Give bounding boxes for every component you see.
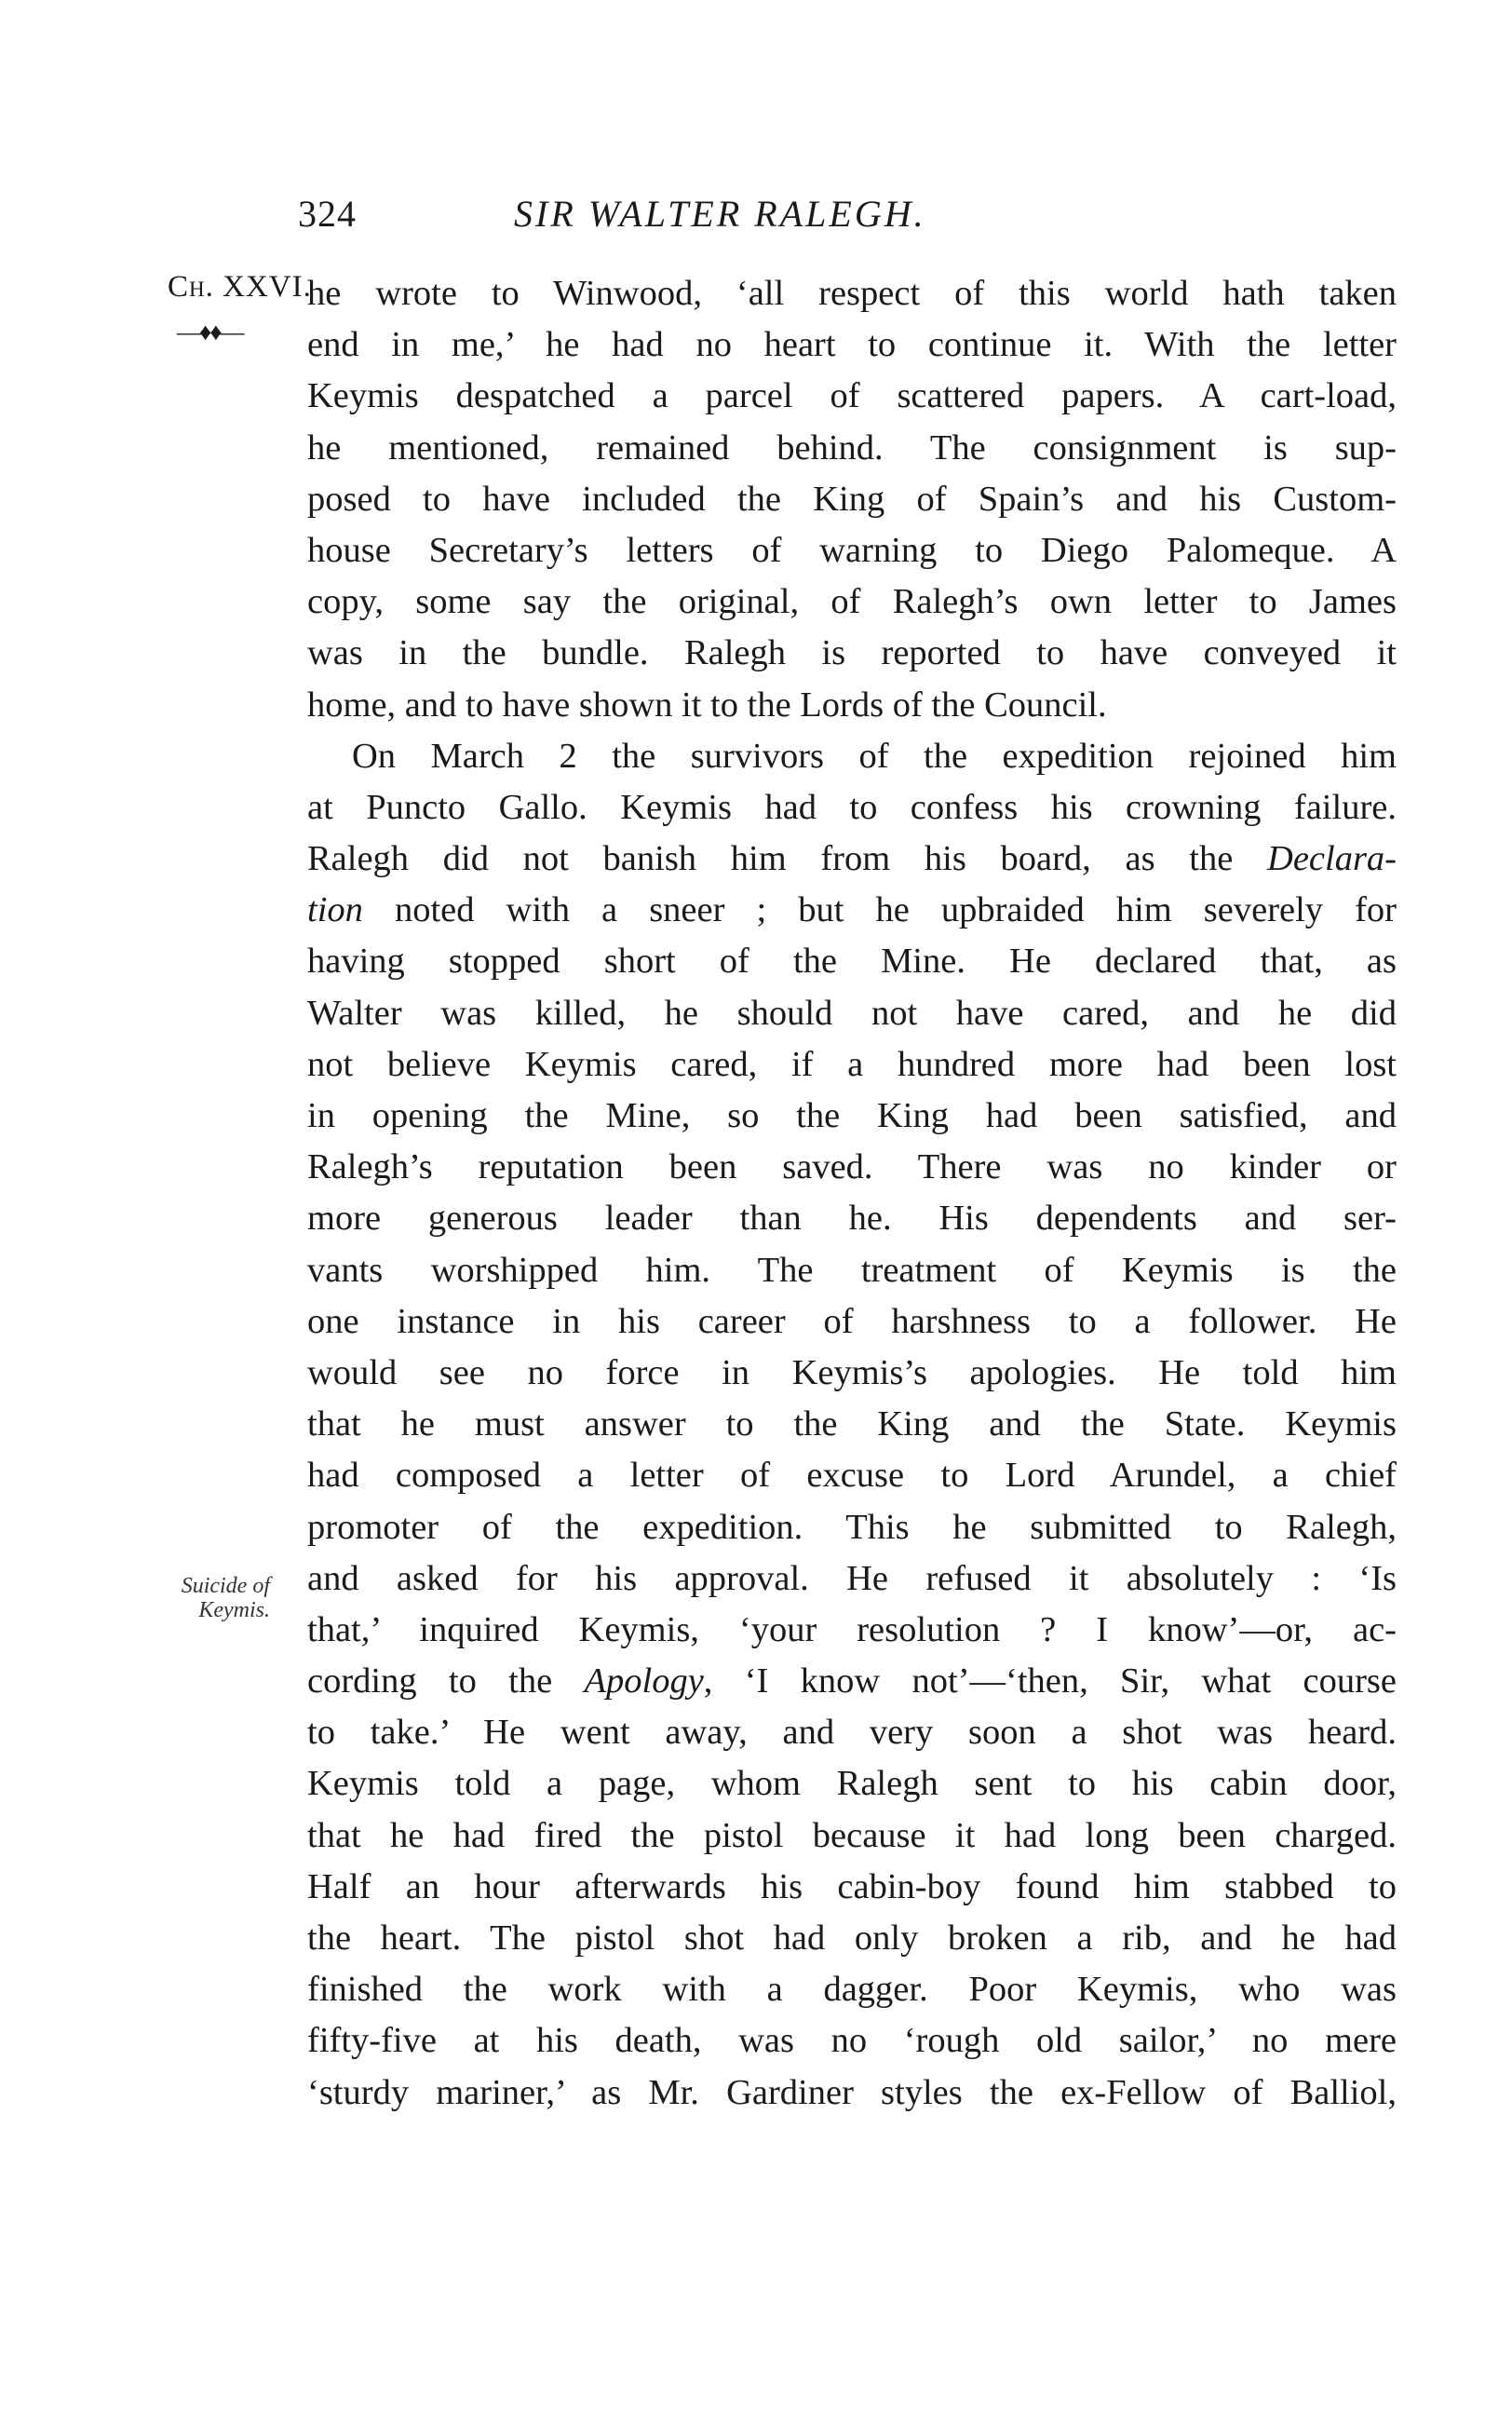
text-line: posed to have included the King of Spain…: [307, 474, 1397, 525]
text-line: promoter of the expedition. This he subm…: [307, 1502, 1397, 1553]
text-line: one instance in his career of harshness …: [307, 1296, 1397, 1348]
ornament-icon: —♦♦—: [177, 319, 243, 346]
text-line: he wrote to Winwood, ‘all respect of thi…: [307, 268, 1397, 319]
text-segment: , ‘I know not’—‘then, Sir, what course: [704, 1661, 1397, 1701]
text-line: to take.’ He went away, and very soon a …: [307, 1707, 1397, 1758]
text-line: Ralegh’s reputation been saved. There wa…: [307, 1142, 1397, 1193]
italic-title-declaration: tion: [307, 890, 363, 929]
italic-title-apology: Apology: [584, 1661, 703, 1701]
side-note-line: Keymis.: [121, 1598, 270, 1622]
italic-title-declaration: Declara-: [1267, 839, 1397, 878]
text-line: he mentioned, remained behind. The consi…: [307, 423, 1397, 474]
text-line: Half an hour afterwards his cabin-boy fo…: [307, 1862, 1397, 1913]
paragraph-start-line: On March 2 the survivors of the expediti…: [307, 731, 1397, 782]
text-line: vants worshipped him. The treatment of K…: [307, 1245, 1397, 1296]
text-line: Keymis told a page, whom Ralegh sent to …: [307, 1758, 1397, 1810]
body-text: he wrote to Winwood, ‘all respect of thi…: [307, 268, 1397, 2119]
text-line: that he must answer to the King and the …: [307, 1399, 1397, 1450]
text-segment: noted with a sneer ; but he upbraided hi…: [395, 890, 1397, 929]
text-line: end in me,’ he had no heart to continue …: [307, 319, 1397, 371]
text-line: was in the bundle. Ralegh is reported to…: [307, 628, 1397, 679]
side-note: Suicide of Keymis.: [121, 1574, 270, 1622]
text-line: having stopped short of the Mine. He dec…: [307, 936, 1397, 987]
text-segment: Ralegh did not banish him from his board…: [307, 839, 1267, 878]
running-head: SIR WALTER RALEGH.: [514, 192, 926, 236]
page-header: 324 SIR WALTER RALEGH.: [0, 186, 1512, 242]
text-line: house Secretary’s letters of warning to …: [307, 525, 1397, 576]
text-line: cording to the Apology, ‘I know not’—‘th…: [307, 1656, 1397, 1707]
text-line: Ralegh did not banish him from his board…: [307, 834, 1397, 885]
side-note-line: Suicide of: [121, 1574, 270, 1598]
text-line: in opening the Mine, so the King had bee…: [307, 1091, 1397, 1142]
text-line: not believe Keymis cared, if a hundred m…: [307, 1039, 1397, 1091]
text-line: that,’ inquired Keymis, ‘your resolution…: [307, 1605, 1397, 1656]
text-line: at Puncto Gallo. Keymis had to confess h…: [307, 782, 1397, 834]
text-line: copy, some say the original, of Ralegh’s…: [307, 576, 1397, 628]
text-line: home, and to have shown it to the Lords …: [307, 680, 1397, 731]
text-line: and asked for his approval. He refused i…: [307, 1553, 1397, 1605]
text-line: more generous leader than he. His depend…: [307, 1193, 1397, 1244]
text-line: ‘sturdy mariner,’ as Mr. Gardiner styles…: [307, 2067, 1397, 2119]
text-line: Walter was killed, he should not have ca…: [307, 988, 1397, 1039]
text-line: that he had fired the pistol because it …: [307, 1810, 1397, 1862]
text-segment: cording to the: [307, 1661, 584, 1701]
text-line: would see no force in Keymis’s apologies…: [307, 1348, 1397, 1399]
text-line: fifty-five at his death, was no ‘rough o…: [307, 2015, 1397, 2067]
text-line: Keymis despatched a parcel of scattered …: [307, 371, 1397, 422]
text-line: the heart. The pistol shot had only brok…: [307, 1913, 1397, 1964]
text-line: finished the work with a dagger. Poor Ke…: [307, 1964, 1397, 2015]
page-number: 324: [298, 192, 357, 236]
margin-chapter-label: Ch. XXVI.: [168, 270, 312, 305]
text-line: tion noted with a sneer ; but he upbraid…: [307, 885, 1397, 936]
text-line: had composed a letter of excuse to Lord …: [307, 1450, 1397, 1501]
